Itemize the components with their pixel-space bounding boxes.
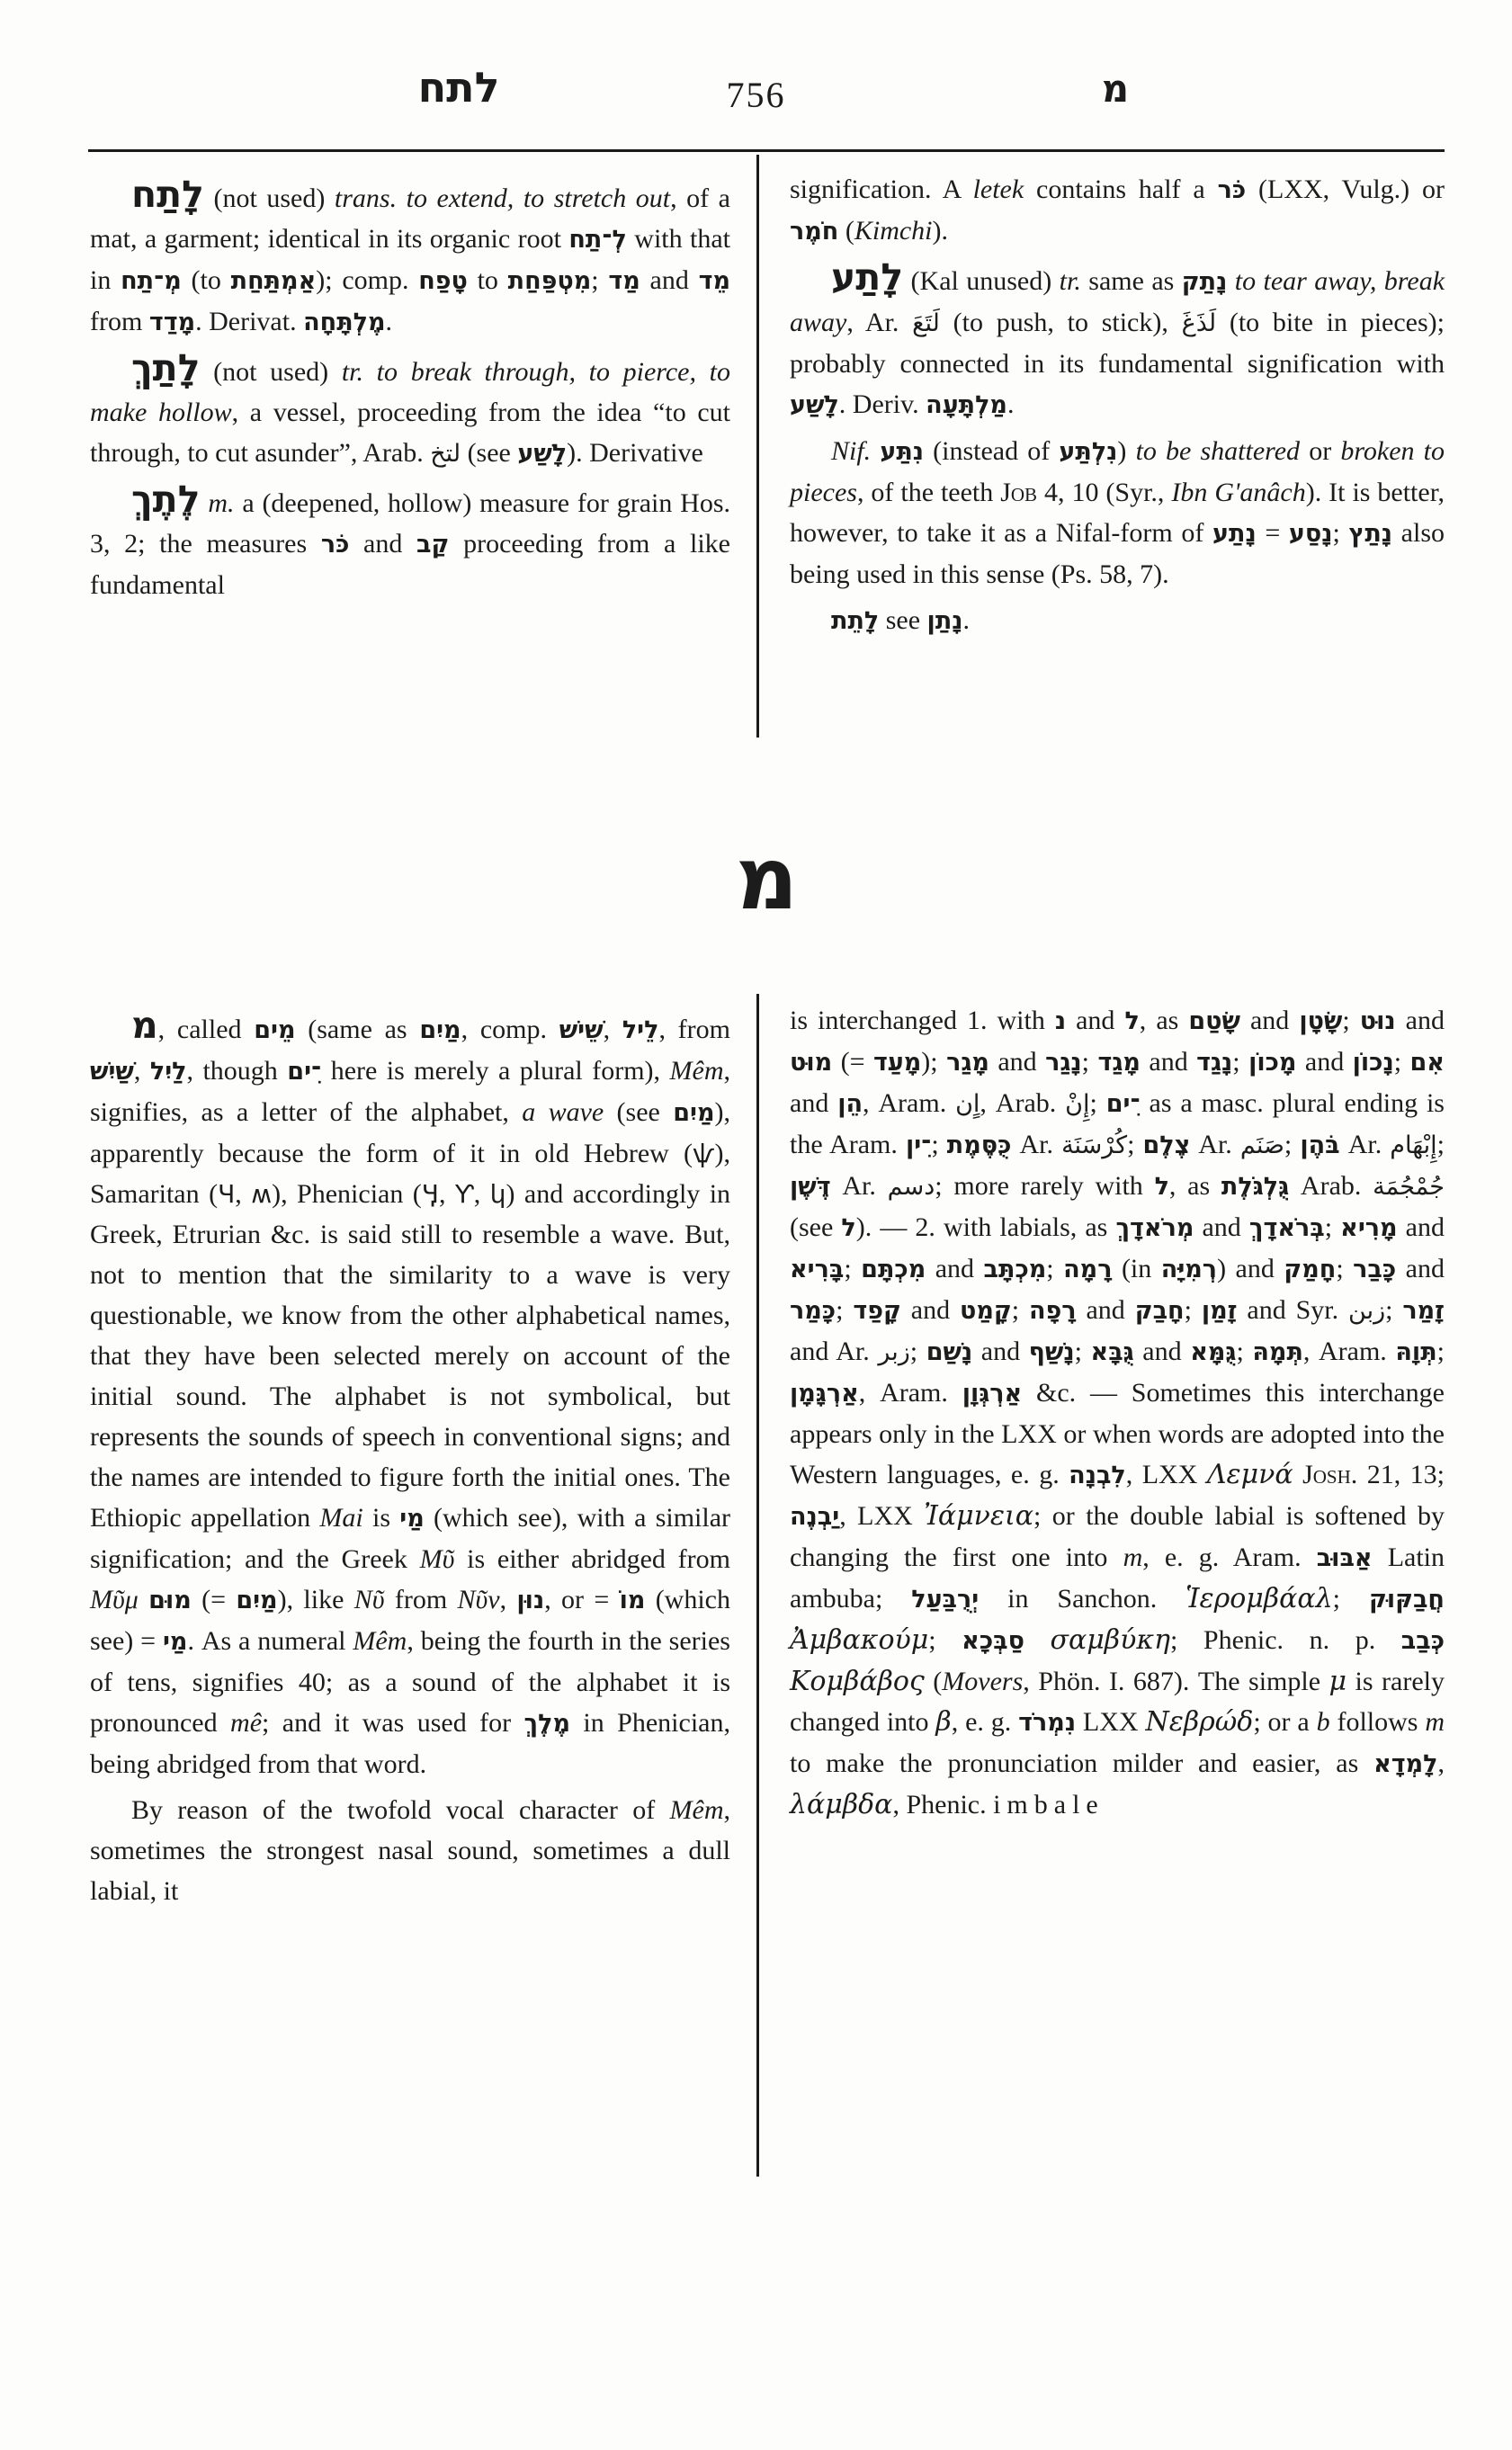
text-run: and xyxy=(1134,1337,1190,1366)
text-run: מַיִם xyxy=(419,1016,461,1044)
text-run: ) xyxy=(1117,436,1135,466)
text-run: ; xyxy=(1325,1212,1340,1242)
text-run: Ἱερομβάαλ xyxy=(1185,1583,1333,1614)
text-run: and xyxy=(1296,1047,1352,1077)
text-run: ־ִים xyxy=(287,1058,321,1086)
text-run: רְמִיָּה xyxy=(1161,1256,1217,1283)
text-run: (= xyxy=(832,1047,873,1077)
text-run xyxy=(1227,266,1234,296)
text-run: Mῦ xyxy=(420,1544,455,1574)
text-run: מַי xyxy=(163,1628,188,1656)
text-run: and xyxy=(1240,1006,1299,1035)
text-run: to xyxy=(468,265,508,295)
text-run: زبن xyxy=(1348,1297,1385,1325)
text-run: (see xyxy=(461,438,517,468)
text-run: and xyxy=(1141,1047,1196,1077)
text-run: Mêm xyxy=(353,1626,407,1656)
text-run: see xyxy=(879,605,926,635)
text-run: m xyxy=(1123,1542,1143,1572)
text-run: מָרִיא xyxy=(1340,1214,1397,1242)
text-run: ; xyxy=(1232,1047,1248,1077)
text-run: and xyxy=(1396,1006,1445,1035)
text-run: (in xyxy=(1112,1254,1160,1283)
text-run: signification. A xyxy=(790,174,973,204)
text-run: אַבּוּב xyxy=(1317,1544,1373,1572)
entry-paragraph: לֶתֶךְ m. a (deepened, hollow) measure f… xyxy=(90,479,730,605)
text-run: נָתַן xyxy=(927,607,963,635)
text-run: מְ־תַח xyxy=(121,267,182,295)
text-run: Κομβάβος xyxy=(790,1666,925,1697)
text-run: נָשַׁם xyxy=(926,1338,973,1366)
text-run: جُمْجُمَة xyxy=(1373,1173,1445,1201)
text-run: ; xyxy=(1012,1295,1029,1325)
text-run: ; xyxy=(1082,1047,1098,1077)
text-run: لَتَعَ xyxy=(912,309,940,337)
header-rule xyxy=(88,149,1445,152)
text-run: لَذَغَ xyxy=(1182,309,1217,337)
text-run: ; xyxy=(1437,1130,1445,1159)
text-run: מֶלֶךְ xyxy=(524,1710,570,1738)
entry-paragraph: By reason of the twofold vocal character… xyxy=(90,1790,730,1911)
text-run: אַמְתַּחַת xyxy=(231,267,317,295)
text-run: , from xyxy=(658,1015,730,1044)
text-run: Arab. xyxy=(1289,1171,1373,1201)
column-top-left: לָתַח (not used) trans. to extend, to st… xyxy=(90,169,730,605)
text-run: מִכְתָּב xyxy=(984,1256,1047,1283)
text-run: ; xyxy=(1333,1584,1369,1614)
text-run: מָגַד xyxy=(1097,1049,1140,1077)
text-run: ־ִים xyxy=(1106,1090,1141,1118)
text-run: מַי xyxy=(399,1505,425,1533)
text-run: , xyxy=(474,1179,490,1209)
text-run: trans. to extend, to stretch out xyxy=(335,183,670,213)
text-run xyxy=(1024,1625,1051,1655)
text-run: יְרֻבַּעַל xyxy=(911,1586,979,1614)
text-run: , Aram. xyxy=(859,1378,962,1408)
text-run: נָתַק xyxy=(1182,268,1228,296)
text-run: גֻּבָּא xyxy=(1091,1338,1134,1366)
text-run: ; xyxy=(1385,1295,1402,1325)
text-run: LXX xyxy=(1076,1707,1145,1737)
text-run: לָתַע xyxy=(831,255,903,299)
text-run: and xyxy=(349,529,416,559)
text-run: מ xyxy=(131,1004,158,1047)
entry-paragraph: מ, called מֵים (same as מַיִם, comp. שֵׁ… xyxy=(90,1006,730,1784)
text-run: Ar. xyxy=(1340,1130,1391,1159)
entry-paragraph: לָתַח (not used) trans. to extend, to st… xyxy=(90,174,730,343)
text-run: צֶלֶם xyxy=(1142,1131,1190,1159)
text-run: ; xyxy=(1336,1254,1353,1283)
text-run: ; xyxy=(1236,1337,1252,1366)
column-divider-bottom xyxy=(756,994,759,2177)
text-run: β xyxy=(935,1706,951,1738)
text-run: ; xyxy=(591,265,608,295)
text-run: , xyxy=(1438,1748,1445,1778)
text-run: is interchanged 1. with xyxy=(790,1006,1055,1035)
text-run xyxy=(871,436,880,466)
text-run: from xyxy=(385,1585,458,1614)
text-run: Ar. xyxy=(1190,1130,1240,1159)
text-run: Ч xyxy=(218,1179,235,1209)
text-run: ־ִין xyxy=(906,1131,931,1159)
text-run: is either abridged from xyxy=(454,1544,730,1574)
text-run: Λεμνά xyxy=(1207,1459,1293,1490)
text-run: , xyxy=(604,1015,622,1044)
text-run: מֵד xyxy=(699,267,730,295)
text-run: إِبْهَام xyxy=(1390,1131,1436,1159)
text-run: גֻּלְגֹּלֶת xyxy=(1221,1173,1289,1201)
section-divider-letter: מ xyxy=(90,829,1444,928)
text-run: Josh. xyxy=(1302,1460,1357,1489)
text-run: and xyxy=(1396,1254,1445,1283)
text-run: ; xyxy=(1185,1295,1202,1325)
text-run: מוּם xyxy=(148,1587,192,1614)
text-run: (LXX, Vulg.) or xyxy=(1246,174,1445,204)
text-run: from xyxy=(90,307,149,336)
text-run: ; and it was used for xyxy=(262,1708,524,1738)
text-run: ). xyxy=(933,216,949,246)
text-run: , though xyxy=(187,1056,288,1086)
text-run: Nῦ xyxy=(354,1585,385,1614)
text-run: a wave xyxy=(522,1097,604,1127)
text-run: and xyxy=(1194,1212,1249,1242)
text-run: דֶּשֶׁן xyxy=(790,1173,831,1201)
text-run: կ xyxy=(490,1179,506,1209)
text-run: מוּט xyxy=(790,1049,832,1077)
text-run: זָמַן xyxy=(1202,1297,1238,1325)
entry-paragraph: לָתֵת see נָתַן. xyxy=(790,600,1445,641)
text-run: אִם xyxy=(1410,1049,1445,1077)
text-run: ). Derivative xyxy=(567,438,703,468)
header-keyword-right: מ xyxy=(1016,67,1214,111)
text-run: Job xyxy=(1000,478,1037,507)
text-run: מָגַר xyxy=(946,1049,989,1077)
text-run: מֶלְתָּחָה xyxy=(303,308,385,336)
text-run: , e. g. Aram. xyxy=(1142,1542,1316,1572)
text-run: Ƴ xyxy=(455,1179,474,1209)
text-run: ; xyxy=(1342,1006,1359,1035)
text-run: זָמַר xyxy=(1402,1297,1445,1325)
text-run: m. xyxy=(208,488,234,518)
text-run: ); comp. xyxy=(316,265,418,295)
text-run: טָפַח xyxy=(418,267,468,295)
scanned-dictionary-page: לתח 756 מ לָתַח (not used) trans. to ext… xyxy=(0,0,1512,2450)
text-run: . As a numeral xyxy=(187,1626,353,1656)
text-run: اٍن xyxy=(955,1090,980,1118)
entry-paragraph: Nif. נִתַּע (instead of נִלְתַּע) to be … xyxy=(790,431,1445,595)
text-run: (see xyxy=(604,1097,673,1127)
text-run: , Aram. xyxy=(863,1088,955,1118)
text-run: מִטְפַּחַת xyxy=(508,267,592,295)
text-run: ; more rarely with xyxy=(935,1171,1154,1201)
text-run: לִבְנָה xyxy=(1069,1462,1126,1489)
text-run: ( xyxy=(838,216,854,246)
text-run: ; xyxy=(928,1625,962,1655)
text-run: , xyxy=(134,1056,150,1086)
column-bottom-right: is interchanged 1. with נ and ל, as שָׂט… xyxy=(790,1000,1445,1825)
text-run: ; xyxy=(1333,518,1349,548)
text-run: מְרֹאדָךְ xyxy=(1115,1214,1194,1242)
text-run: שַׁיִשׁ xyxy=(90,1058,134,1086)
text-run: כֹּר xyxy=(1218,176,1247,204)
text-run: زبر xyxy=(878,1338,909,1366)
text-run: letek xyxy=(973,174,1024,204)
text-run: Ibn G'anâch xyxy=(1171,478,1305,507)
text-run: לָתַח xyxy=(131,173,204,216)
text-run: , as xyxy=(1169,1171,1221,1201)
text-run: Ἰάμνεια xyxy=(924,1500,1033,1532)
text-run: כְּבַב xyxy=(1401,1627,1445,1655)
text-run: ). — 2. with labials, as xyxy=(856,1212,1116,1242)
text-run: שֵׁישׁ xyxy=(559,1016,604,1044)
text-run xyxy=(1293,1460,1302,1489)
text-run: ; xyxy=(836,1295,853,1325)
text-run: , comp. xyxy=(461,1015,559,1044)
text-run: صَنَم xyxy=(1240,1131,1284,1159)
text-run: tr. xyxy=(1060,266,1081,296)
text-run: Ar. xyxy=(1011,1130,1061,1159)
text-run: , or = xyxy=(544,1585,619,1614)
text-run: b xyxy=(1317,1707,1330,1737)
text-run: here is merely a plural form), xyxy=(321,1056,669,1086)
text-run: to make the pronunciation milder and eas… xyxy=(790,1748,1373,1778)
text-run: יַבְנֶה xyxy=(790,1503,839,1531)
text-run: סַבְּכָא xyxy=(962,1627,1024,1655)
text-run: (to xyxy=(182,265,231,295)
text-run: הֵן xyxy=(837,1090,863,1118)
text-run: follows xyxy=(1330,1707,1426,1737)
text-run: ; Phenic. n. p. xyxy=(1170,1625,1401,1655)
text-run: (not used) xyxy=(204,183,335,213)
text-run: נִתַּע xyxy=(880,438,924,466)
text-run: , called xyxy=(158,1015,255,1044)
continuation-paragraph: is interchanged 1. with נ and ל, as שָׂט… xyxy=(790,1000,1445,1825)
text-run: ʍ xyxy=(251,1179,272,1209)
text-run: לֶתֶךְ xyxy=(131,478,201,521)
text-run: חָבַק xyxy=(1135,1297,1185,1325)
text-run: and Syr. xyxy=(1237,1295,1348,1325)
text-run: same as xyxy=(1081,266,1182,296)
text-run: إِنْ xyxy=(1065,1090,1089,1118)
text-run: לַיִל xyxy=(150,1058,187,1086)
text-run: לָשַׁע xyxy=(517,440,567,468)
text-run: נ xyxy=(1055,1007,1066,1035)
text-run: and xyxy=(790,1088,837,1118)
text-run: (instead of xyxy=(924,436,1059,466)
text-run: and xyxy=(1398,1212,1445,1242)
text-run: ѱ xyxy=(693,1139,715,1168)
text-run: ); xyxy=(921,1047,946,1077)
text-run: 4, 10 (Syr., xyxy=(1037,478,1171,507)
text-run: is xyxy=(363,1503,400,1533)
text-run: , Arab. xyxy=(980,1088,1065,1118)
text-run: מֵים xyxy=(254,1016,295,1044)
text-run: ) and accordingly in Greek, Etrurian &c.… xyxy=(90,1179,730,1533)
column-bottom-left: מ, called מֵים (same as מַיִם, comp. שֵׁ… xyxy=(90,1000,730,1911)
text-run: כֹּר xyxy=(321,531,350,559)
text-run: كُرْسَنَة xyxy=(1061,1131,1127,1159)
text-run: Mai xyxy=(319,1503,362,1533)
text-run: ), Phenician ( xyxy=(272,1179,422,1209)
text-run: מִכְתָּם xyxy=(861,1256,926,1283)
text-run: נָשַׁף xyxy=(1029,1338,1075,1366)
text-run: מַיִם xyxy=(673,1099,714,1127)
text-run: רָמָה xyxy=(1063,1256,1112,1283)
text-run: בָּרִיא xyxy=(790,1256,844,1283)
text-run: Mῦμ xyxy=(90,1585,139,1614)
text-run: دسم xyxy=(888,1173,935,1201)
text-run: and xyxy=(1077,1295,1135,1325)
entry-paragraph: לָתַע (Kal unused) tr. same as נָתַק to … xyxy=(790,257,1445,425)
text-run: לָתַךְ xyxy=(131,346,201,389)
text-run: ; or a xyxy=(1253,1707,1316,1737)
text-run: Nῦν xyxy=(457,1585,499,1614)
text-run: מָדַד xyxy=(149,308,195,336)
text-run: נָגַר xyxy=(1045,1049,1082,1077)
text-run: מַד xyxy=(608,267,640,295)
text-run: ; xyxy=(1437,1337,1445,1366)
text-run xyxy=(201,488,209,518)
text-run: מוֹ xyxy=(620,1587,646,1614)
text-run: Kimchi xyxy=(854,216,933,246)
text-run: Mêm xyxy=(670,1795,724,1825)
text-run: or xyxy=(1300,436,1340,466)
text-run: נָסַע xyxy=(1289,520,1333,548)
text-run: נָתַץ xyxy=(1349,520,1393,548)
text-run: , xyxy=(500,1585,517,1614)
text-run: אַרְגְּוָן xyxy=(962,1380,1023,1408)
text-run: כָּבַר xyxy=(1353,1256,1396,1283)
text-run: תְּוָהּ xyxy=(1395,1338,1436,1366)
text-run: . xyxy=(386,307,393,336)
text-run: (same as xyxy=(296,1015,420,1044)
text-run: תְּמָהּ xyxy=(1252,1338,1303,1366)
text-run: לְ־תַח xyxy=(568,226,627,254)
text-run: קַב xyxy=(416,531,449,559)
text-run: נוּט xyxy=(1360,1007,1396,1035)
column-divider-top xyxy=(756,155,759,738)
text-run: μ xyxy=(1329,1666,1347,1697)
text-run: Ἀμβακούμ xyxy=(790,1624,928,1656)
text-run: חֹמֶר xyxy=(790,218,838,246)
text-run: ל xyxy=(841,1214,855,1242)
text-run: אַרְגָּמָן xyxy=(790,1380,859,1408)
text-run: ; xyxy=(931,1130,946,1159)
text-run: , xyxy=(235,1179,251,1209)
text-run: (to push, to stick), xyxy=(940,308,1182,337)
text-run: By reason of the twofold vocal character… xyxy=(131,1795,670,1825)
text-run: in Sanchon. xyxy=(979,1584,1185,1614)
text-run: גֻּמָּא xyxy=(1190,1338,1236,1366)
text-run: m xyxy=(1425,1707,1445,1737)
text-run: קָמַט xyxy=(960,1297,1012,1325)
text-run: , Phenic. xyxy=(892,1790,993,1820)
text-run: λάμβδα xyxy=(790,1789,892,1820)
text-run: . xyxy=(1007,389,1015,419)
text-run: ל xyxy=(1124,1007,1139,1035)
text-run: בְּרֹאדָךְ xyxy=(1249,1214,1325,1242)
page-number: 756 xyxy=(0,74,1512,116)
text-run: כֻּסֶּמֶת xyxy=(947,1131,1012,1159)
text-run: נָכוֹן xyxy=(1353,1049,1394,1077)
text-run: ; xyxy=(910,1337,926,1366)
text-run: , as xyxy=(1140,1006,1189,1035)
text-run: imbale xyxy=(993,1790,1105,1820)
text-run: . Derivat. xyxy=(195,307,303,336)
text-run: חֲבַקּוּק xyxy=(1369,1586,1445,1614)
text-run: 21, 13; xyxy=(1357,1460,1445,1489)
text-run: ; xyxy=(1284,1130,1300,1159)
text-run: (Kal unused) xyxy=(903,266,1060,296)
text-run: , of the teeth xyxy=(857,478,1000,507)
text-run: נִמְרֹד xyxy=(1018,1709,1076,1737)
text-run: , LXX xyxy=(1126,1460,1207,1489)
text-run: to be shattered xyxy=(1136,436,1300,466)
text-run: , e. g. xyxy=(952,1707,1018,1737)
text-run: מָעַד xyxy=(873,1049,921,1077)
text-run: (not used) xyxy=(201,357,342,387)
text-run: ; xyxy=(1127,1130,1142,1159)
text-run: לָתֵת xyxy=(831,607,879,635)
text-run: ל xyxy=(1155,1173,1169,1201)
text-run: לָשַׁע xyxy=(790,391,839,419)
text-run: ) and xyxy=(1217,1254,1284,1283)
text-run: נָגַד xyxy=(1196,1049,1232,1077)
text-run: נָתַע xyxy=(1212,520,1257,548)
text-run: ; xyxy=(844,1254,861,1283)
text-run: חָמַק xyxy=(1284,1256,1336,1283)
text-run xyxy=(139,1585,148,1614)
text-run: מָכוֹן xyxy=(1248,1049,1296,1077)
text-run: מַלְתָּעָה xyxy=(926,391,1007,419)
text-run: Νεβρώδ xyxy=(1145,1706,1253,1738)
text-run: לֵיל xyxy=(622,1016,659,1044)
text-run: רָפָה xyxy=(1029,1297,1077,1325)
text-run: Movers xyxy=(942,1667,1023,1696)
text-run: contains half a xyxy=(1024,174,1217,204)
entry-paragraph: לָתַךְ (not used) tr. to break through, … xyxy=(90,348,730,474)
text-run: and xyxy=(1066,1006,1124,1035)
text-run: , Aram. xyxy=(1303,1337,1395,1366)
text-run: . xyxy=(963,605,971,635)
text-run: and xyxy=(926,1254,983,1283)
column-top-right: signification. A letek contains half a כ… xyxy=(790,169,1445,641)
text-run: , xyxy=(439,1179,455,1209)
text-run: , Phön. I. 687). The simple xyxy=(1023,1667,1329,1696)
text-run: = xyxy=(1257,518,1289,548)
text-run: נוּן xyxy=(516,1587,544,1614)
text-run: ; xyxy=(1394,1047,1410,1077)
text-run: and xyxy=(640,265,699,295)
text-run: (see xyxy=(790,1212,841,1242)
text-run: ; xyxy=(1089,1088,1105,1118)
text-run: שָׂטַם xyxy=(1188,1007,1240,1035)
text-run: Nif. xyxy=(831,436,871,466)
text-run: σαμβύκη xyxy=(1051,1624,1170,1656)
text-run: מַיִם xyxy=(236,1587,277,1614)
continuation-paragraph: signification. A letek contains half a כ… xyxy=(790,169,1445,252)
text-run: , LXX xyxy=(839,1501,924,1531)
text-run: ), like xyxy=(278,1585,354,1614)
text-run: (= xyxy=(192,1585,237,1614)
text-run: נִלְתַּע xyxy=(1059,438,1117,466)
text-run: Mêm xyxy=(670,1056,724,1086)
text-run: and Ar. xyxy=(790,1337,878,1366)
text-run: ; xyxy=(1075,1337,1091,1366)
text-run: לָמְדָא xyxy=(1373,1750,1437,1778)
text-run: שָׂטָן xyxy=(1299,1007,1342,1035)
text-run: and xyxy=(989,1047,1045,1077)
